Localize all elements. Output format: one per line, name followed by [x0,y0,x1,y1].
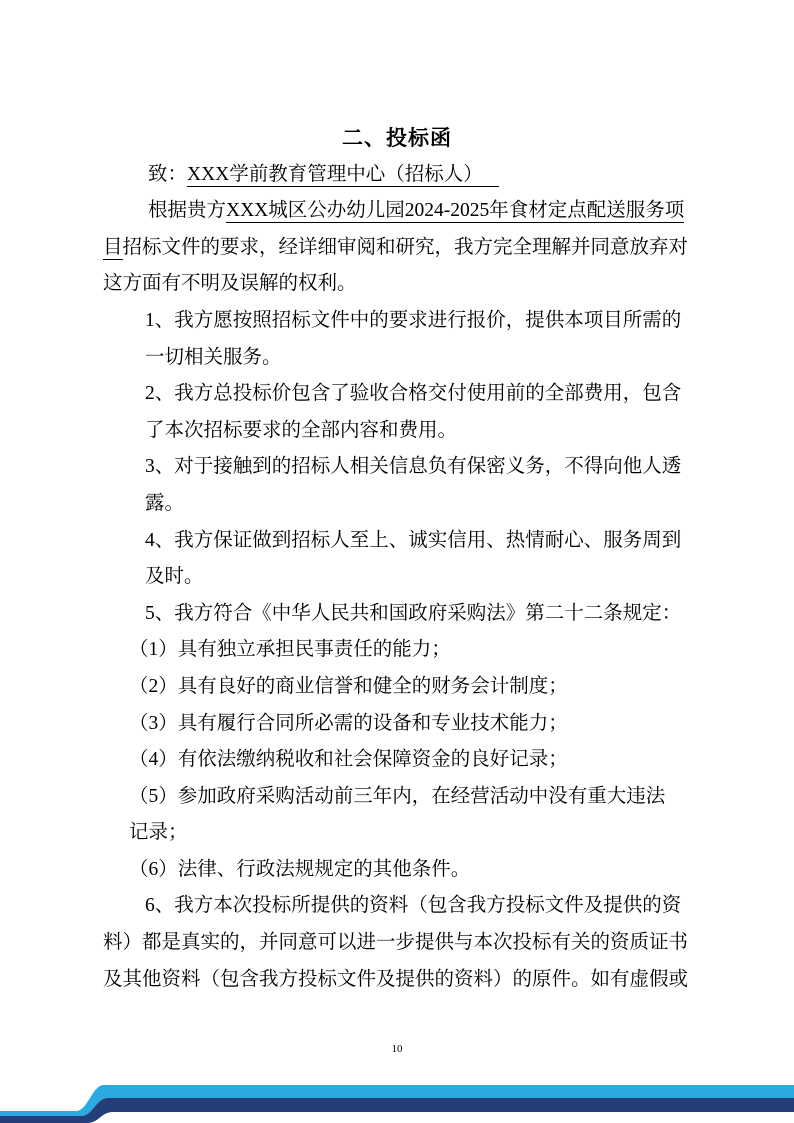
footer-decoration-stripes [0,0,794,1123]
footer-stripe-dark [0,1098,794,1123]
